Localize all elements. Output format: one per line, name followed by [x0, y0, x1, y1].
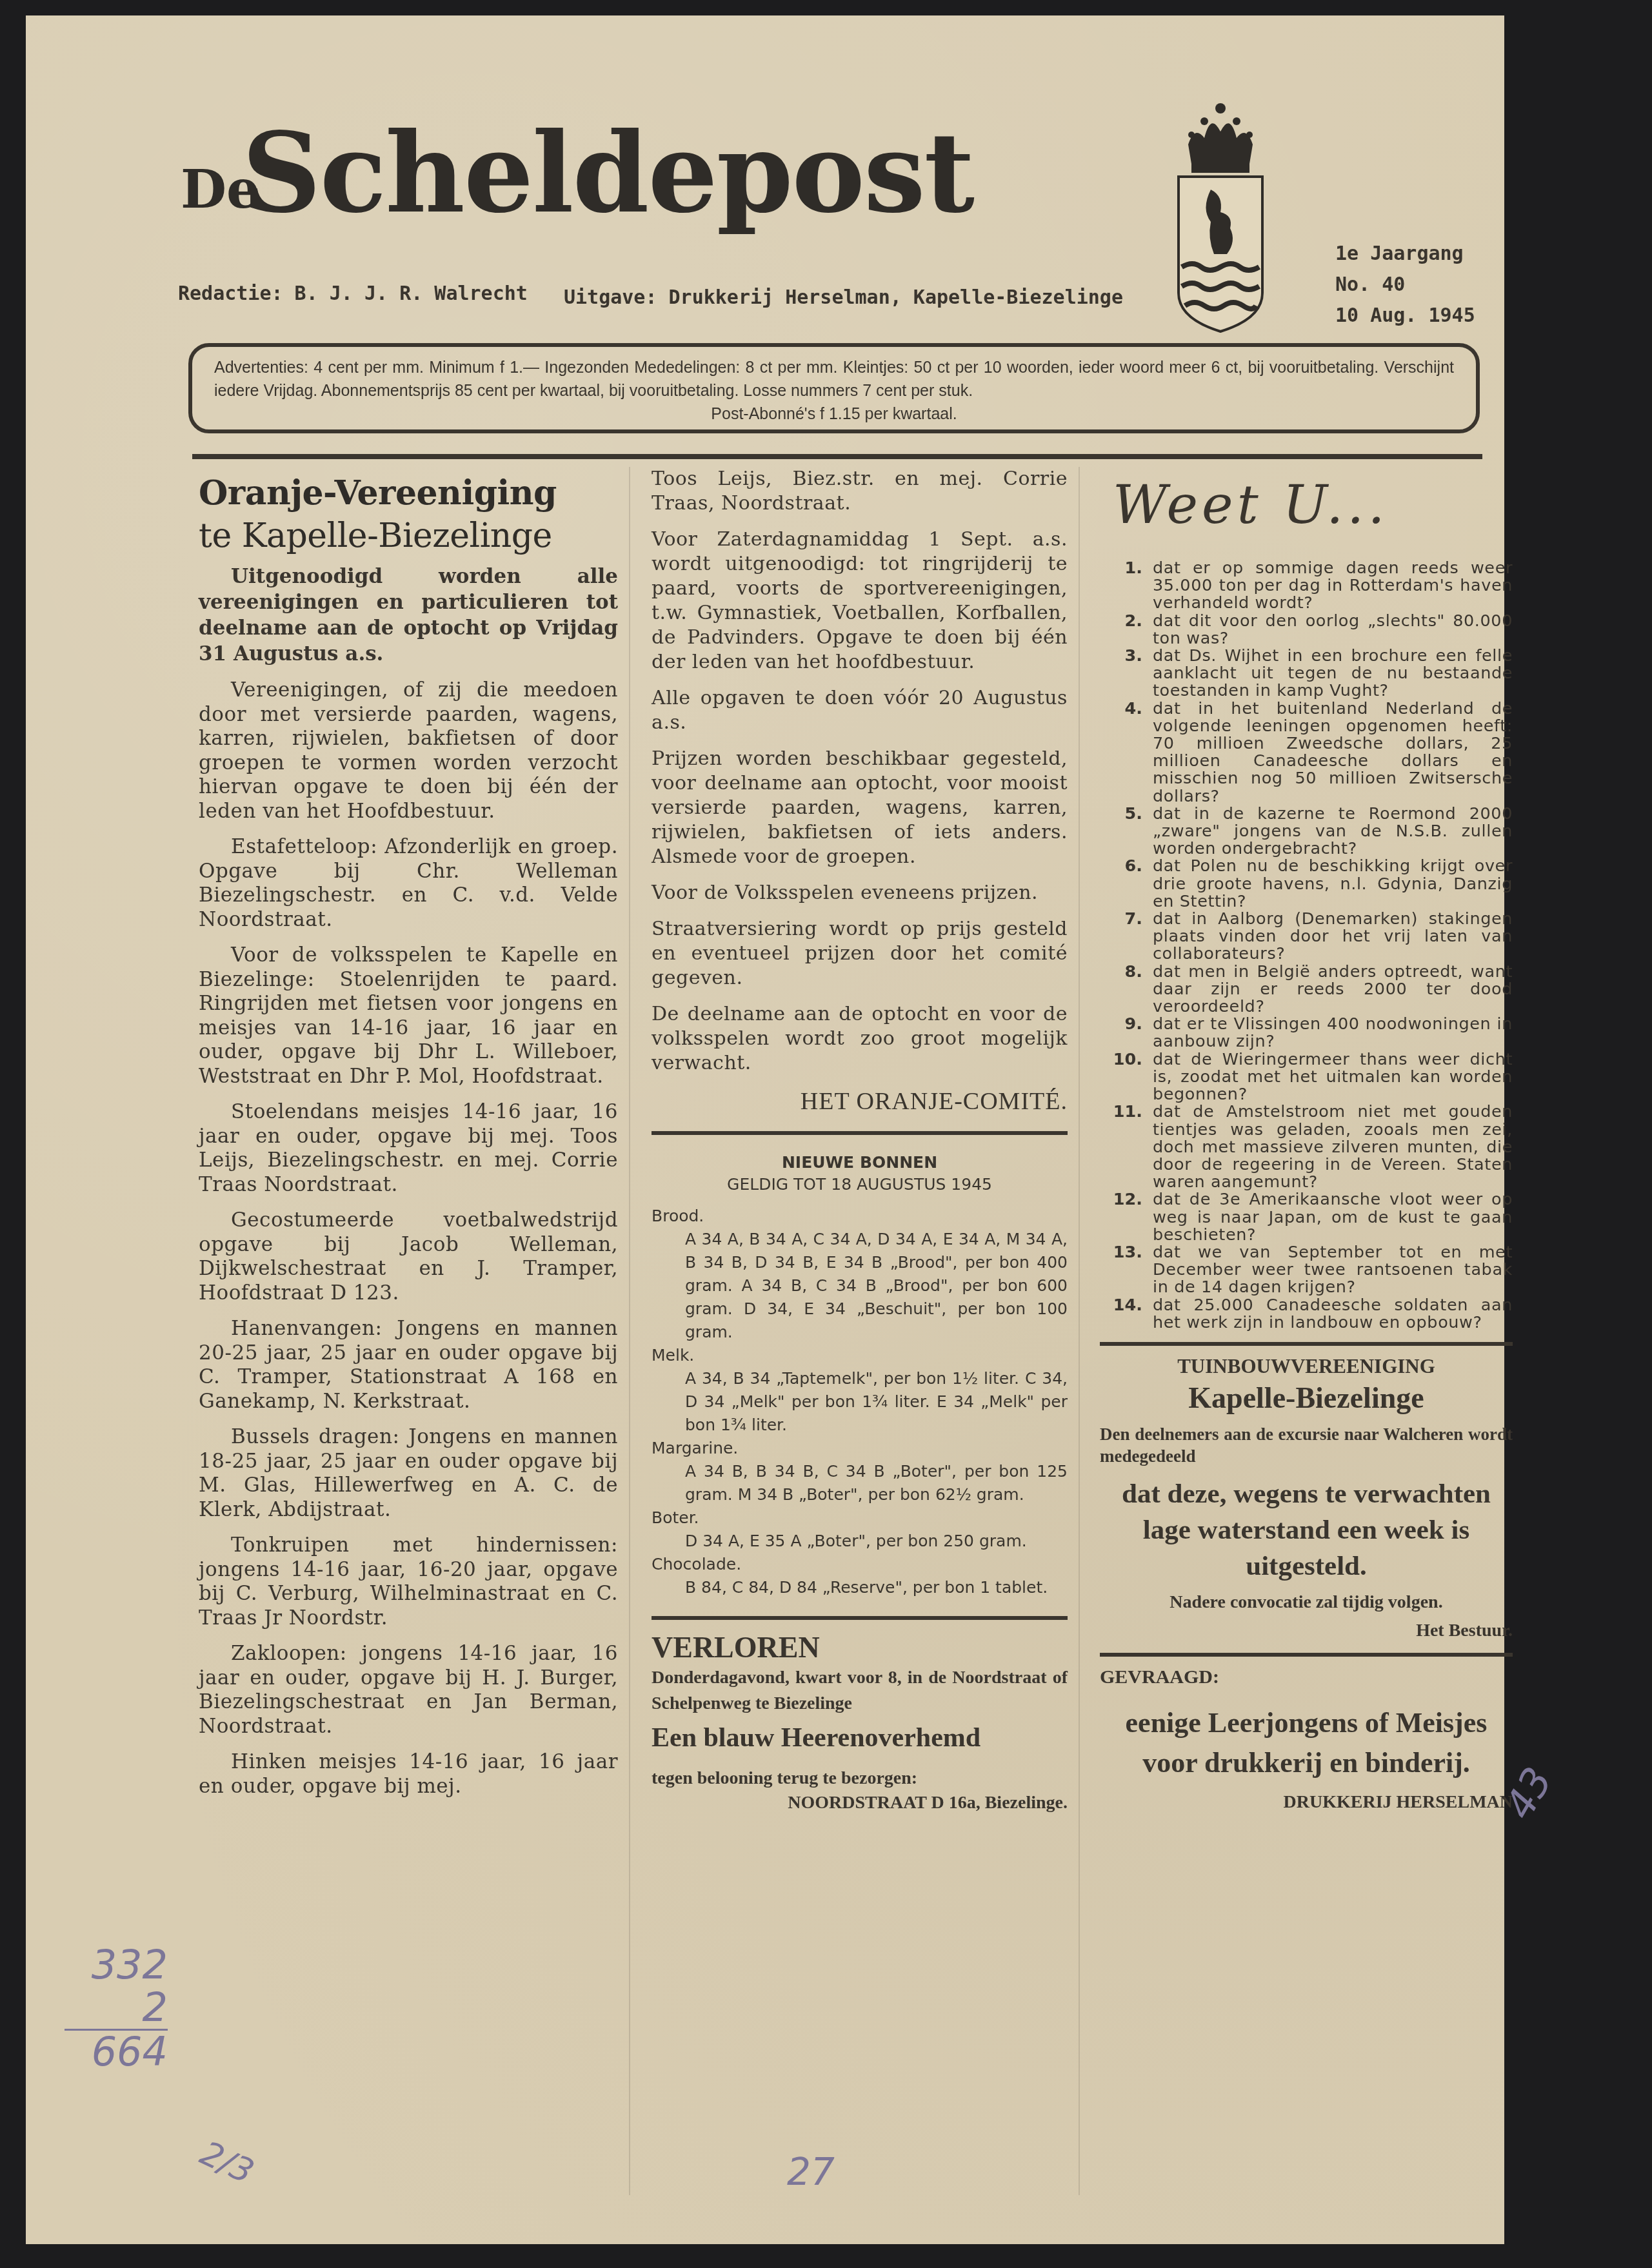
- rates-post: Post-Abonné's f 1.15 per kwartaal.: [214, 402, 1454, 426]
- article-paragraph: Hanenvangen: Jongens en mannen 20-25 jaa…: [199, 1317, 618, 1414]
- column-divider: [1079, 467, 1080, 2195]
- verloren-address: NOORDSTRAAT D 16a, Biezelinge.: [652, 1791, 1068, 1815]
- bon-text: A 34 B, B 34 B, C 34 B „Boter", per bon …: [685, 1460, 1068, 1506]
- bon-text: A 34, B 34 „Taptemelk", per bon 1½ liter…: [685, 1367, 1068, 1437]
- bon-category: Melk.: [652, 1344, 1068, 1367]
- article-paragraph: Stoelendans meisjes 14-16 jaar, 16 jaar …: [199, 1100, 618, 1197]
- verloren-title: VERLOREN: [652, 1630, 1068, 1665]
- article-paragraph: Toos Leijs, Biez.str. en mej. Corrie Tra…: [652, 467, 1068, 516]
- issue-number: No. 40: [1335, 270, 1475, 301]
- article-paragraph: Voor Zaterdagnamiddag 1 Sept. a.s. wordt…: [652, 528, 1068, 675]
- bon-category: Margarine.: [652, 1437, 1068, 1460]
- bon-item: Chocolade. B 84, C 84, D 84 „Reserve", p…: [652, 1553, 1068, 1599]
- bon-category: Boter.: [652, 1506, 1068, 1530]
- weet-u-title: Weet U...: [1113, 476, 1513, 535]
- verloren-reward: tegen belooning terug te bezorgen:: [652, 1766, 1068, 1791]
- section-rule: [652, 1131, 1068, 1135]
- masthead-rule: [192, 454, 1482, 459]
- article-paragraph: De deelname aan de optocht en voor de vo…: [652, 1002, 1068, 1076]
- issue-date: 10 Aug. 1945: [1335, 301, 1475, 331]
- column-2: Toos Leijs, Biez.str. en mej. Corrie Tra…: [652, 467, 1068, 1815]
- bon-text: B 84, C 84, D 84 „Reserve", per bon 1 ta…: [685, 1576, 1068, 1599]
- masthead-redactie: Redactie: B. J. J. R. Walrecht: [178, 282, 528, 305]
- verloren-text: Donderdagavond, kwart voor 8, in de Noor…: [652, 1665, 1068, 1717]
- rates-box: Advertenties: 4 cent per mm. Minimum f 1…: [188, 343, 1480, 433]
- bon-item: Melk. A 34, B 34 „Taptemelk", per bon 1½…: [652, 1344, 1068, 1437]
- list-item: 13.dat we van September tot en met Decem…: [1100, 1244, 1513, 1297]
- issue-info: 1e Jaargang No. 40 10 Aug. 1945: [1335, 239, 1475, 331]
- list-item: 1.dat er op sommige dagen reeds weer 35.…: [1100, 560, 1513, 613]
- list-item: 5.dat in de kazerne te Roermond 2000 „zw…: [1100, 805, 1513, 858]
- tuinbouw-subtitle: Kapelle-Biezelinge: [1100, 1379, 1513, 1417]
- column-divider: [629, 467, 630, 2195]
- section-rule: [1100, 1342, 1513, 1346]
- article-paragraph: Prijzen worden beschikbaar gegesteld, vo…: [652, 747, 1068, 869]
- bon-item: Margarine. A 34 B, B 34 B, C 34 B „Boter…: [652, 1437, 1068, 1506]
- section-rule: [1100, 1653, 1513, 1657]
- article-paragraph: Voor de Volksspelen eveneens prijzen.: [652, 881, 1068, 905]
- handwritten-calculation: 332 2 664: [65, 1944, 168, 2073]
- bon-category: Brood.: [652, 1205, 1068, 1228]
- list-item: 10.dat de Wieringermeer thans weer dicht…: [1100, 1051, 1513, 1104]
- list-item: 12.dat de 3e Amerikaansche vloot weer op…: [1100, 1191, 1513, 1244]
- bon-item: Boter. D 34 A, E 35 A „Boter", per bon 2…: [652, 1506, 1068, 1553]
- list-item: 8.dat men in België anders optreedt, wan…: [1100, 963, 1513, 1016]
- oranje-headline: Oranje-Vereeniging te Kapelle-Biezelinge: [199, 472, 618, 557]
- column-3: Weet U... 1.dat er op sommige dagen reed…: [1100, 467, 1513, 1815]
- gevraagd-signature: DRUKKERIJ HERSELMAN: [1100, 1790, 1513, 1815]
- oranje-lead: Uitgenoodigd worden alle vereenigingen e…: [199, 564, 618, 667]
- list-item: 4.dat in het buitenland Nederland de vol…: [1100, 700, 1513, 805]
- gevraagd-title: GEVRAAGD:: [1100, 1664, 1513, 1690]
- list-item: 6.dat Polen nu de beschikking krijgt ove…: [1100, 858, 1513, 911]
- article-paragraph: Zakloopen: jongens 14-16 jaar, 16 jaar e…: [199, 1642, 618, 1739]
- bon-item: Brood. A 34 A, B 34 A, C 34 A, D 34 A, E…: [652, 1205, 1068, 1344]
- article-paragraph: Tonkruipen met hindernissen: jongens 14-…: [199, 1533, 618, 1630]
- weet-u-list: 1.dat er op sommige dagen reeds weer 35.…: [1100, 560, 1513, 1332]
- zeeland-coat-of-arms-icon: [1175, 99, 1266, 338]
- handwritten-fraction: 2/3: [194, 2134, 259, 2192]
- list-item: 3.dat Ds. Wijhet in een brochure een fel…: [1100, 647, 1513, 700]
- article-paragraph: Voor de volksspelen te Kapelle en Biezel…: [199, 943, 618, 1089]
- newspaper-page: De Scheldepost Redactie: B. J. J. R. Wal…: [26, 15, 1504, 2244]
- column-1: Oranje-Vereeniging te Kapelle-Biezelinge…: [199, 467, 618, 1810]
- article-paragraph: Vereenigingen, of zij die meedoen door m…: [199, 678, 618, 823]
- verloren-item: Een blauw Heerenoverhemd: [652, 1719, 1068, 1757]
- article-paragraph: Hinken meisjes 14-16 jaar, 16 jaar en ou…: [199, 1750, 618, 1799]
- oranje-signature: HET ORANJE-COMITÉ.: [652, 1087, 1068, 1116]
- article-paragraph: Alle opgaven te doen vóór 20 Augustus a.…: [652, 686, 1068, 735]
- tuinbouw-title: TUINBOUWVEREENIGING: [1100, 1354, 1513, 1379]
- section-rule: [652, 1616, 1068, 1620]
- bonnen-title: NIEUWE BONNEN: [652, 1152, 1068, 1174]
- list-item: 7.dat in Aalborg (Denemarken) stakingen …: [1100, 911, 1513, 963]
- masthead-uitgave: Uitgave: Drukkerij Herselman, Kapelle-Bi…: [564, 286, 1123, 309]
- bonnen-subtitle: GELDIG TOT 18 AUGUSTUS 1945: [652, 1174, 1068, 1196]
- bon-text: A 34 A, B 34 A, C 34 A, D 34 A, E 34 A, …: [685, 1228, 1068, 1344]
- jaargang: 1e Jaargang: [1335, 239, 1475, 270]
- masthead-title: Scheldepost: [242, 119, 973, 228]
- bon-text: D 34 A, E 35 A „Boter", per bon 250 gram…: [685, 1530, 1068, 1553]
- list-item: 2.dat dit voor den oorlog „slechts" 80.0…: [1100, 613, 1513, 647]
- tuinbouw-announcement: dat deze, wegens te verwachten lage wate…: [1100, 1476, 1513, 1584]
- bon-category: Chocolade.: [652, 1553, 1068, 1576]
- article-paragraph: Straatversiering wordt op prijs gesteld …: [652, 917, 1068, 991]
- gevraagd-text: eenige Leerjongens of Meisjes voor drukk…: [1100, 1703, 1513, 1783]
- article-paragraph: Gecostumeerde voetbalwedstrijd opgave bi…: [199, 1208, 618, 1305]
- list-item: 14.dat 25.000 Canadeesche soldaten aan h…: [1100, 1297, 1513, 1332]
- article-paragraph: Bussels dragen: Jongens en mannen 18-25 …: [199, 1425, 618, 1522]
- handwritten-number: 27: [787, 2150, 835, 2194]
- list-item: 11.dat de Amstelstroom niet met gouden t…: [1100, 1103, 1513, 1191]
- tuinbouw-text: Den deelnemers aan de excursie naar Walc…: [1100, 1423, 1513, 1467]
- list-item: 9.dat er te Vlissingen 400 noodwoningen …: [1100, 1016, 1513, 1050]
- article-paragraph: Estafetteloop: Afzonderlijk en groep. Op…: [199, 835, 618, 932]
- tuinbouw-note: Nadere convocatie zal tijdig volgen.: [1100, 1588, 1513, 1617]
- rates-text: Advertenties: 4 cent per mm. Minimum f 1…: [214, 359, 1454, 400]
- tuinbouw-signature: Het Bestuur.: [1100, 1617, 1513, 1645]
